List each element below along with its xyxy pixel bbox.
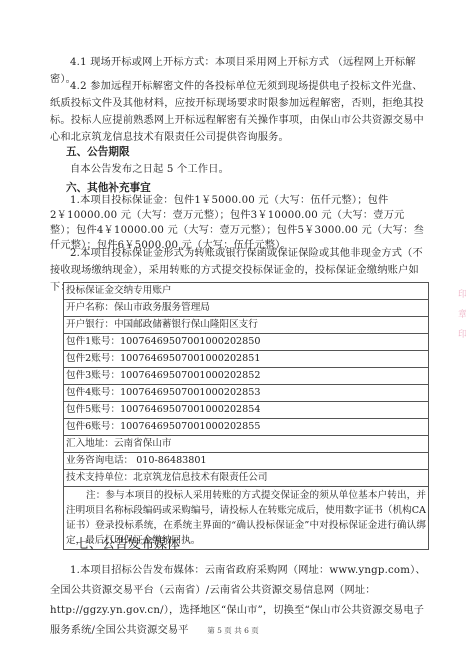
- table-row: 包件4账号：10076469507001000202853: [64, 385, 429, 402]
- seal-stamp-icon: 印章印: [458, 290, 466, 370]
- paragraph-4-2: 4.2 参加远程开标解密文件的各投标单位无须到现场提供电子投标文件光盘、纸质投标…: [50, 78, 426, 146]
- document-page: 4.1 现场开标或网上开标方式：本项目采用网上开标方式 （远程网上开标解密）。 …: [0, 0, 466, 664]
- table-row: 包件3账号：10076469507001000202852: [64, 368, 429, 385]
- heading-section-7: 七、公告发布媒体: [76, 536, 180, 554]
- table-row: 汇入地址：云南省保山市: [64, 436, 429, 453]
- table-cell: 汇入地址：云南省保山市: [64, 436, 429, 453]
- table-cell: 包件4账号：10076469507001000202853: [64, 385, 429, 402]
- table-cell: 包件5账号：10076469507001000202854: [64, 402, 429, 419]
- table-row: 开户名称：保山市政务服务管理局: [64, 300, 429, 317]
- table-row: 包件2账号：10076469507001000202851: [64, 351, 429, 368]
- table-cell: 投标保证金交纳专用账户: [64, 283, 429, 300]
- table-cell: 业务咨询电话： 010-86483801: [64, 453, 429, 470]
- table-row: 包件5账号：10076469507001000202854: [64, 402, 429, 419]
- table-row: 技术支持单位：北京筑龙信息技术有限责任公司: [64, 470, 429, 487]
- table-cell: 开户银行：中国邮政储蓄银行保山隆阳区支行: [64, 317, 429, 334]
- table-row: 包件6账号：10076469507001000202855: [64, 419, 429, 436]
- page-footer: 第 5 页 共 6 页: [0, 625, 466, 636]
- table-cell: 技术支持单位：北京筑龙信息技术有限责任公司: [64, 470, 429, 487]
- table-row: 投标保证金交纳专用账户: [64, 283, 429, 300]
- account-table: 投标保证金交纳专用账户 开户名称：保山市政务服务管理局 开户银行：中国邮政储蓄银…: [63, 282, 429, 550]
- table-cell: 包件2账号：10076469507001000202851: [64, 351, 429, 368]
- table-cell: 包件3账号：10076469507001000202852: [64, 368, 429, 385]
- paragraph-6-1: 1.本项目投标保证金：包件1￥5000.00 元（大写：伍仟元整）；包件2￥10…: [50, 193, 426, 253]
- table-cell: 包件1账号：100764695070010002028­50: [64, 334, 429, 351]
- table-row: 包件1账号：100764695070010002028­50: [64, 334, 429, 351]
- table-cell: 包件6账号：10076469507001000202855: [64, 419, 429, 436]
- paragraph-5: 自本公告发布之日起 5 个工作日。: [50, 161, 426, 178]
- table-row: 开户银行：中国邮政储蓄银行保山隆阳区支行: [64, 317, 429, 334]
- table-cell: 开户名称：保山市政务服务管理局: [64, 300, 429, 317]
- table-row: 业务咨询电话： 010-86483801: [64, 453, 429, 470]
- heading-section-5: 五、公告期限: [66, 144, 130, 160]
